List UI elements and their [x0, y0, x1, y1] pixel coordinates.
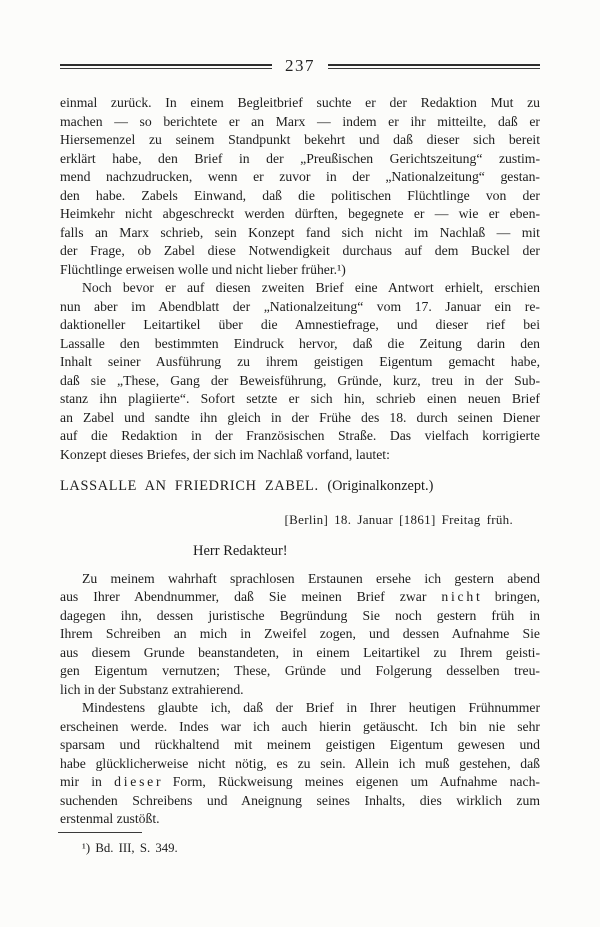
text-line: Zu meinem wahrhaft sprachlosen Erstaunen… — [60, 570, 540, 589]
text-line: erstenmal zustößt. — [60, 810, 540, 829]
text-line: der Frage, ob Zabel diese Notwendigkeit … — [60, 242, 540, 261]
text-line: Lassalle den bestimmten Eindruck hervor,… — [60, 335, 540, 354]
text-line: Ihrem Schreiben an mich in Zweifel zogen… — [60, 625, 540, 644]
text-line: Konzept dieses Briefes, der sich im Nach… — [60, 446, 540, 465]
header-rule-right — [328, 64, 540, 69]
text-line: aus Ihrer Abendnummer, daß Sie meinen Br… — [60, 588, 540, 607]
text-line: Flüchtlinge erweisen wolle und nicht lie… — [60, 261, 540, 280]
text-line: stanz ihn plagiierte“. Sofort setzte er … — [60, 390, 540, 409]
page-number: 237 — [285, 57, 315, 75]
text-line: suchenden Schreibens und Aneignung seine… — [60, 792, 540, 811]
page-header: 237 — [60, 57, 540, 75]
text-line: machen — so berichtete er an Marx — inde… — [60, 113, 540, 132]
text-line: mir in d i e s e r Form, Rückweisung mei… — [60, 773, 540, 792]
text-line: Mindestens glaubte ich, daß der Brief in… — [60, 699, 540, 718]
text-line: an Zabel und sandte ihn gleich in der Fr… — [60, 409, 540, 428]
text-line: auf die Redaktion in der Französischen S… — [60, 427, 540, 446]
header-rule-left — [60, 64, 272, 69]
text-line: nun aber im Abendblatt der „Nationalzeit… — [60, 298, 540, 317]
text-line: mend nachzudrucken, wenn er zuvor in der… — [60, 168, 540, 187]
text-line: gen Eigentum vernutzen; These, Gründe un… — [60, 662, 540, 681]
text-line: falls an Marx schrieb, sein Konzept fand… — [60, 224, 540, 243]
letter-heading-note: (Originalkonzept.) — [327, 478, 433, 494]
letter-paragraph-1: Zu meinem wahrhaft sprachlosen Erstaunen… — [60, 570, 540, 700]
letter-heading: LASSALLE AN FRIEDRICH ZABEL. (Originalko… — [60, 477, 540, 496]
page-body: einmal zurück. In einem Begleitbrief suc… — [60, 94, 540, 857]
text-line: sparsam und rückhaltend mit meinem geist… — [60, 736, 540, 755]
text-line: den habe. Zabels Einwand, daß die politi… — [60, 187, 540, 206]
text-line: daß sie „These, Gang der Beweisführung, … — [60, 372, 540, 391]
text-line: Inhalt seiner Ausführung zu ihrem geisti… — [60, 353, 540, 372]
text-line: einmal zurück. In einem Begleitbrief suc… — [60, 94, 540, 113]
footnote-rule — [58, 832, 142, 833]
text-line: daktioneller Leitartikel über die Amnest… — [60, 316, 540, 335]
text-line: habe glücklicherweise nicht nötig, es zu… — [60, 755, 540, 774]
text-line: Noch bevor er auf diesen zweiten Brief e… — [60, 279, 540, 298]
text-line: Hiersemenzel zu seinem Standpunkt bekehr… — [60, 131, 540, 150]
footnote-marker: ¹) — [82, 841, 90, 855]
letter-heading-caps: LASSALLE AN FRIEDRICH ZABEL. — [60, 478, 319, 494]
footnote-text: Bd. III, S. 349. — [95, 841, 177, 855]
paragraph-continuation: einmal zurück. In einem Begleitbrief suc… — [60, 94, 540, 279]
paragraph-second: Noch bevor er auf diesen zweiten Brief e… — [60, 279, 540, 464]
letter-dateline: [Berlin] 18. Januar [1861] Freitag früh. — [60, 511, 540, 530]
book-page: 237 einmal zurück. In einem Begleitbrief… — [0, 0, 600, 927]
letter-salutation: Herr Redakteur! — [193, 542, 540, 561]
text-line: Heimkehr nicht abgeschreckt werden dürft… — [60, 205, 540, 224]
letter-paragraph-2: Mindestens glaubte ich, daß der Brief in… — [60, 699, 540, 829]
text-line: erscheinen werde. Indes war ich auch hie… — [60, 718, 540, 737]
footnote: ¹) Bd. III, S. 349. — [60, 839, 540, 858]
text-line: lich in der Substanz extrahierend. — [60, 681, 540, 700]
text-line: dagegen ihn, dessen juristische Begründu… — [60, 607, 540, 626]
text-line: erklärt habe, den Brief in der „Preußisc… — [60, 150, 540, 169]
text-line: aus diesem Grunde beanstandeten, in eine… — [60, 644, 540, 663]
